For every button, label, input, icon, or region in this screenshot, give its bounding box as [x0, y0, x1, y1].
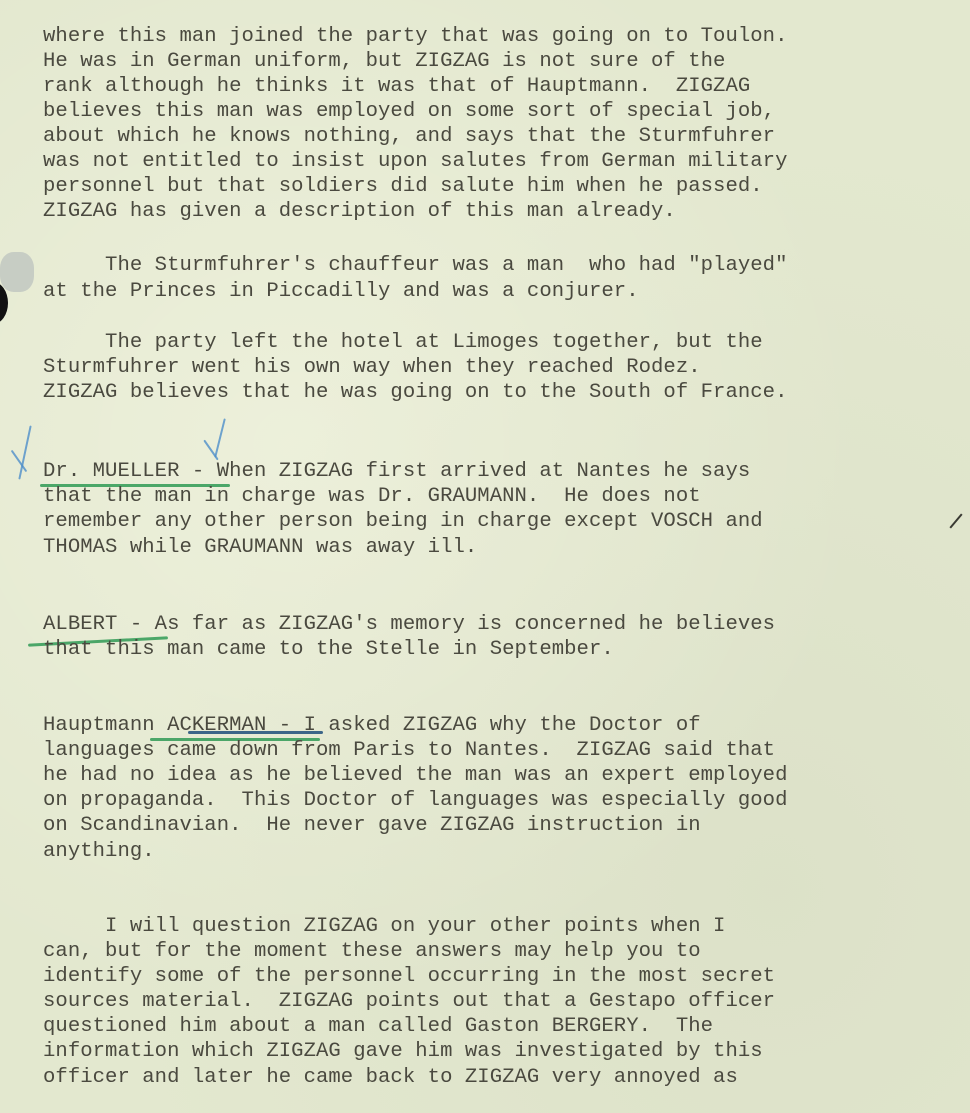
text-line: can, but for the moment these answers ma…: [43, 939, 701, 964]
text-line: identify some of the personnel occurring…: [43, 964, 775, 989]
text-line: ZIGZAG has given a description of this m…: [43, 199, 676, 224]
text-line: believes this man was employed on some s…: [43, 99, 775, 124]
text-line: Hauptmann ACKERMAN - I asked ZIGZAG why …: [43, 713, 701, 738]
blue-underline-ackerman: [188, 731, 323, 734]
text-line: anything.: [43, 839, 155, 864]
text-line: questioned him about a man called Gaston…: [43, 1014, 713, 1039]
text-line: that this man came to the Stelle in Sept…: [43, 637, 614, 662]
text-line: at the Princes in Piccadilly and was a c…: [43, 279, 639, 304]
text-line: I will question ZIGZAG on your other poi…: [43, 914, 725, 939]
typed-document-page: where this man joined the party that was…: [0, 0, 970, 1113]
text-line: personnel but that soldiers did salute h…: [43, 174, 763, 199]
text-line: The Sturmfuhrer's chauffeur was a man wh…: [43, 253, 788, 278]
text-line: officer and later he came back to ZIGZAG…: [43, 1065, 738, 1090]
pencil-tick-mark: [214, 418, 226, 457]
text-line: sources material. ZIGZAG points out that…: [43, 989, 775, 1014]
paper-smudge: [0, 252, 34, 292]
text-line: The party left the hotel at Limoges toge…: [43, 330, 763, 355]
text-line: He was in German uniform, but ZIGZAG is …: [43, 49, 725, 74]
text-line: languages came down from Paris to Nantes…: [43, 738, 775, 763]
text-line: Sturmfuhrer went his own way when they r…: [43, 355, 701, 380]
text-line: ALBERT - As far as ZIGZAG's memory is co…: [43, 612, 775, 637]
text-line: THOMAS while GRAUMANN was away ill.: [43, 535, 477, 560]
text-line: on Scandinavian. He never gave ZIGZAG in…: [43, 813, 701, 838]
text-line: Dr. MUELLER - When ZIGZAG first arrived …: [43, 459, 750, 484]
text-line: was not entitled to insist upon salutes …: [43, 149, 788, 174]
text-line: ZIGZAG believes that he was going on to …: [43, 380, 788, 405]
text-line: on propaganda. This Doctor of languages …: [43, 788, 788, 813]
text-line: rank although he thinks it was that of H…: [43, 74, 750, 99]
text-line: he had no idea as he believed the man wa…: [43, 763, 788, 788]
text-line: that the man in charge was Dr. GRAUMANN.…: [43, 484, 701, 509]
text-line: remember any other person being in charg…: [43, 509, 763, 534]
text-line: information which ZIGZAG gave him was in…: [43, 1039, 763, 1064]
text-line: about which he knows nothing, and says t…: [43, 124, 775, 149]
text-line: where this man joined the party that was…: [43, 24, 788, 49]
margin-mark: [949, 513, 962, 528]
